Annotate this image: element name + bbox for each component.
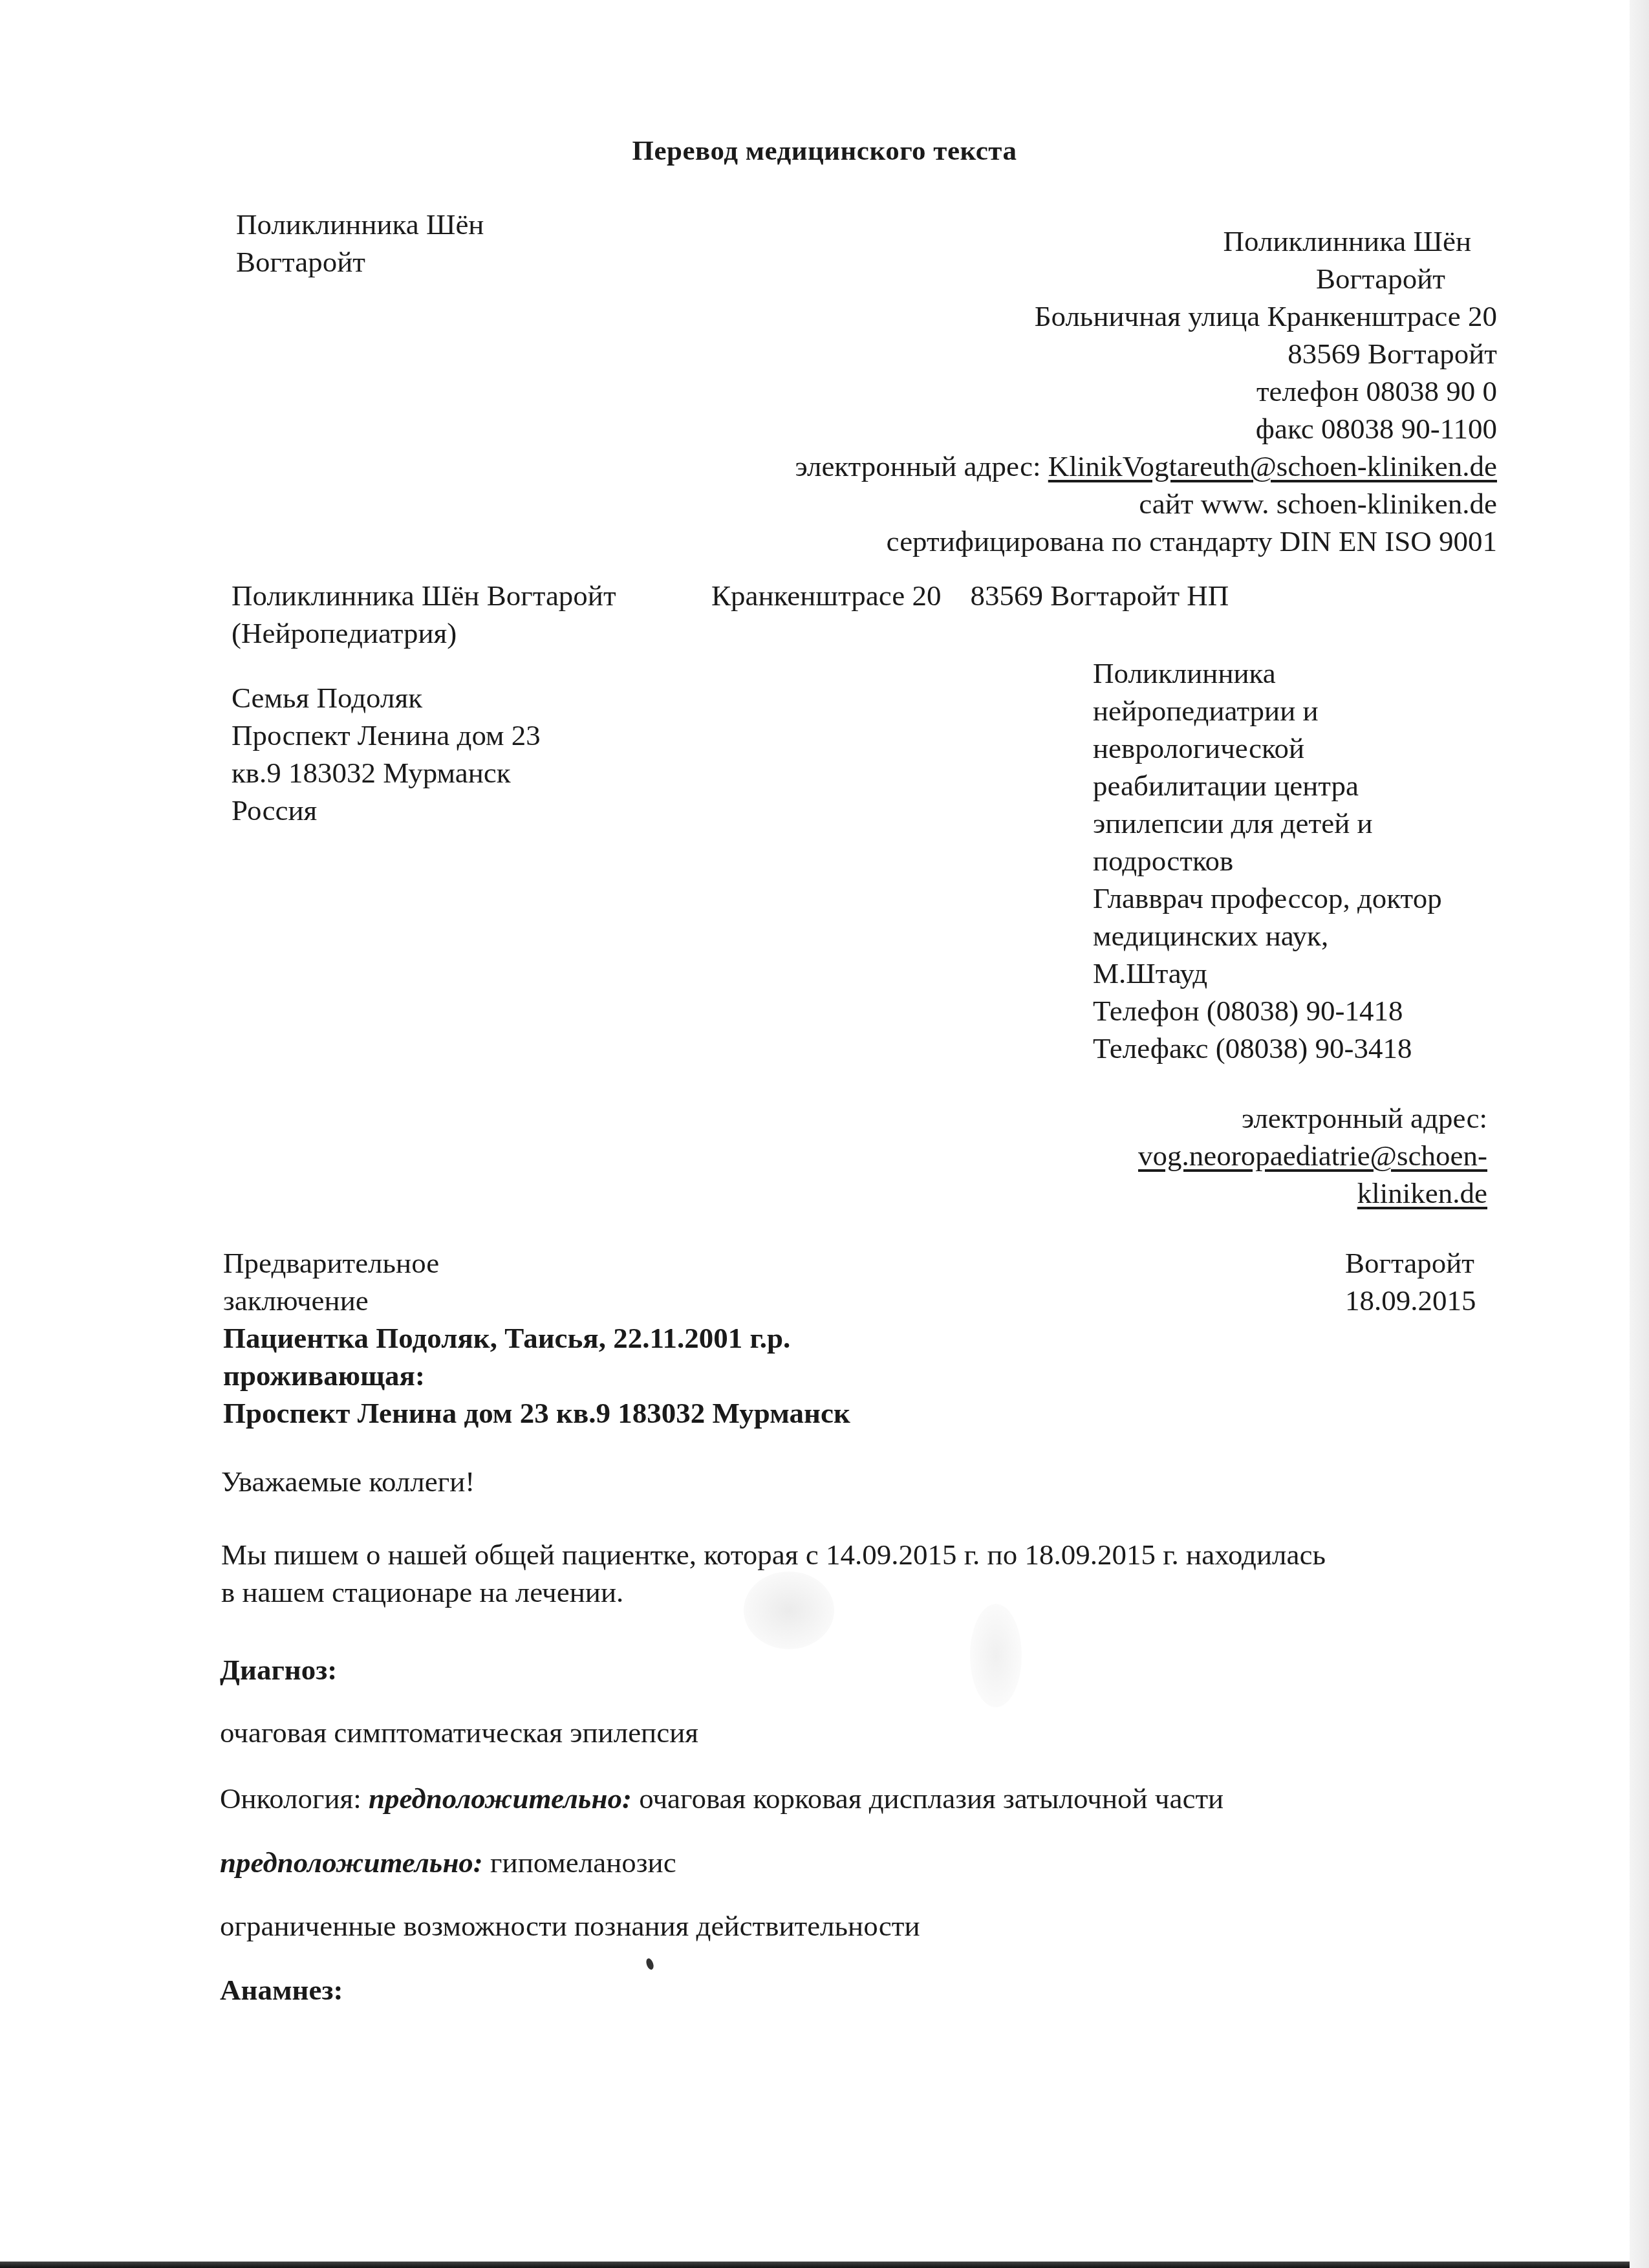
diagnosis-item: очаговая симптоматическая эпилепсия	[220, 1714, 698, 1751]
department-block-line: М.Штауд	[1093, 955, 1442, 992]
department-email: электронный адрес: vog.neoropaediatrie@s…	[970, 1099, 1487, 1212]
sender-fax: факс 08038 90-1100	[527, 410, 1497, 448]
department-block: Поликлинника нейропедиатрии и неврологич…	[1093, 654, 1442, 1067]
intro-paragraph: Мы пишем о нашей общей пациентке, котора…	[221, 1536, 1514, 1611]
department-block-line: нейропедиатрии и	[1093, 692, 1442, 729]
department-block-line: медицинских наук,	[1093, 917, 1442, 955]
sender-short-line: Поликлинника Шён	[236, 206, 484, 243]
diagnosis-item: Онкология: предположительно: очаговая ко…	[220, 1780, 1223, 1817]
document-title: Перевод медицинского текста	[0, 133, 1649, 170]
recipient-line: Семья Подоляк	[232, 679, 541, 717]
diagnosis-text: очаговая симптоматическая эпилепсия	[220, 1716, 698, 1749]
document-type-line: заключение	[223, 1282, 439, 1319]
department-email-label: электронный адрес:	[970, 1099, 1487, 1137]
sender-name: Поликлинника Шён	[527, 222, 1497, 260]
department-email-link-cont[interactable]: kliniken.de	[970, 1174, 1487, 1212]
department-sender: Поликлинника Шён Вогтаройт (Нейропедиатр…	[232, 577, 616, 652]
diagnosis-prefix: Онкология:	[220, 1782, 369, 1815]
greeting: Уважаемые коллеги!	[221, 1463, 475, 1500]
intro-line: в нашем стационаре на лечении.	[221, 1573, 1514, 1611]
intro-line: Мы пишем о нашей общей пациентке, котора…	[221, 1536, 1514, 1573]
department-block-line: Главврач профессор, доктор	[1093, 880, 1442, 917]
recipient-line: Проспект Ленина дом 23	[232, 717, 541, 754]
sender-email-row: электронный адрес: KlinikVogtareuth@scho…	[527, 448, 1497, 485]
diagnosis-item: предположительно: гипомеланозис	[220, 1844, 676, 1881]
department-block-line: Телефакс (08038) 90-3418	[1093, 1030, 1442, 1067]
patient-name-dob: Пациентка Подоляк, Таисья, 22.11.2001 г.…	[223, 1319, 850, 1357]
sender-letterhead: Поликлинника Шён Вогтаройт Больничная ул…	[527, 213, 1497, 560]
scan-smudge	[970, 1604, 1022, 1707]
sender-short-line: Вогтаройт	[236, 243, 484, 281]
sender-email-label: электронный адрес:	[795, 450, 1048, 482]
diagnosis-heading: Диагноз:	[220, 1651, 337, 1689]
diagnosis-qualifier: предположительно:	[220, 1846, 483, 1879]
sender-certification: сертифицирована по стандарту DIN EN ISO …	[527, 523, 1497, 560]
department-block-line: Поликлинника	[1093, 654, 1442, 692]
recipient-address: Семья Подоляк Проспект Ленина дом 23 кв.…	[232, 679, 541, 829]
department-email-link[interactable]: vog.neoropaediatrie@schoen-	[970, 1137, 1487, 1174]
scan-right-edge	[1630, 0, 1649, 2268]
department-address: Кранкенштрасе 20 83569 Вогтаройт НП	[711, 577, 1229, 614]
recipient-line: кв.9 183032 Мурманск	[232, 754, 541, 792]
sender-city: 83569 Вогтаройт	[527, 335, 1497, 373]
sender-city-name: Вогтаройт	[527, 260, 1497, 297]
department-block-line: Телефон (08038) 90-1418	[1093, 992, 1442, 1030]
document-type: Предварительное заключение	[223, 1244, 439, 1319]
sender-email-link[interactable]: KlinikVogtareuth@schoen-kliniken.de	[1048, 450, 1497, 482]
diagnosis-text: очаговая корковая дисплазия затылочной ч…	[632, 1782, 1223, 1815]
patient-residing-label: проживающая:	[223, 1357, 850, 1394]
patient-address: Проспект Ленина дом 23 кв.9 183032 Мурма…	[223, 1394, 850, 1432]
patient-info: Пациентка Подоляк, Таисья, 22.11.2001 г.…	[223, 1319, 850, 1432]
date: 18.09.2015	[1345, 1282, 1476, 1319]
scan-bottom-edge	[0, 2262, 1630, 2268]
department-block-line: эпилепсии для детей и	[1093, 805, 1442, 842]
department-block-line: подростков	[1093, 842, 1442, 880]
department-sub: (Нейропедиатрия)	[232, 614, 616, 652]
department-block-line: неврологической	[1093, 729, 1442, 767]
diagnosis-item: ограниченные возможности познания действ…	[220, 1907, 920, 1945]
sender-street: Больничная улица Кранкенштрасе 20	[527, 297, 1497, 335]
sender-phone: телефон 08038 90 0	[527, 373, 1497, 410]
department-name: Поликлинника Шён Вогтаройт	[232, 577, 616, 614]
place: Вогтаройт	[1345, 1244, 1476, 1282]
sender-website: сайт www. schoen-kliniken.de	[527, 485, 1497, 523]
ink-spot	[645, 1958, 655, 1971]
diagnosis-text: гипомеланозис	[483, 1846, 676, 1879]
document-type-line: Предварительное	[223, 1244, 439, 1282]
department-block-line: реабилитации центра	[1093, 767, 1442, 805]
diagnosis-qualifier: предположительно:	[369, 1782, 632, 1815]
sender-short: Поликлинника Шён Вогтаройт	[236, 206, 484, 281]
place-date: Вогтаройт 18.09.2015	[1345, 1244, 1476, 1319]
recipient-line: Россия	[232, 792, 541, 829]
anamnesis-heading: Анамнез:	[220, 1971, 343, 2009]
diagnosis-text: ограниченные возможности познания действ…	[220, 1910, 920, 1942]
